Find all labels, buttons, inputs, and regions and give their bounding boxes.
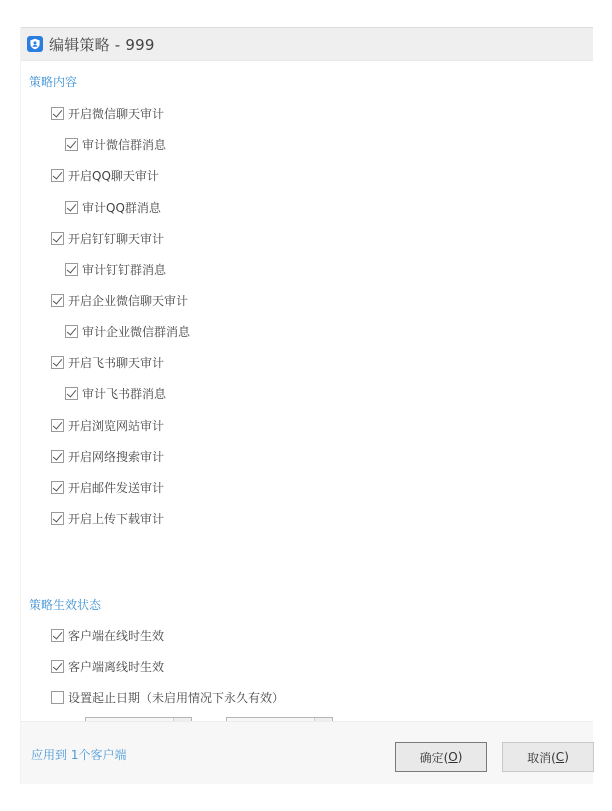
checkbox-dingtalk-audit[interactable]: 开启钉钉聊天审计 (51, 229, 164, 247)
checkbox-feishu-group-audit[interactable]: 审计飞书群消息 (65, 384, 166, 402)
checkbox-upload-download-audit[interactable]: 开启上传下载审计 (51, 509, 164, 527)
checkbox-dingtalk-group-audit[interactable]: 审计钉钉群消息 (65, 260, 166, 278)
checkbox-icon[interactable] (65, 325, 78, 338)
checkbox-label: 开启钉钉聊天审计 (68, 230, 164, 247)
cancel-button[interactable]: 取消(C) (502, 742, 594, 772)
checkbox-label: 设置起止日期（未启用情况下永久有效） (68, 689, 284, 706)
ok-button-accesskey: O (448, 750, 457, 764)
checkbox-web-search-audit[interactable]: 开启网络搜索审计 (51, 447, 164, 465)
ok-button[interactable]: 确定(O) (395, 742, 487, 772)
checkbox-label: 开启网络搜索审计 (68, 448, 164, 465)
checkbox-icon[interactable] (65, 263, 78, 276)
checkbox-icon[interactable] (51, 232, 64, 245)
checkbox-label: 客户端在线时生效 (68, 627, 164, 644)
checkbox-label: 开启飞书聊天审计 (68, 354, 164, 371)
dialog-footer: 应用到 1个客户端 确定(O) 取消(C) (21, 721, 593, 784)
checkbox-icon[interactable] (65, 138, 78, 151)
checkbox-label: 审计企业微信群消息 (82, 323, 190, 340)
checkbox-wecom-audit[interactable]: 开启企业微信聊天审计 (51, 291, 188, 309)
checkbox-icon[interactable] (65, 201, 78, 214)
ok-button-suffix: ) (458, 750, 463, 764)
checkbox-label: 开启QQ聊天审计 (68, 167, 159, 184)
cancel-button-accesskey: C (556, 750, 564, 764)
checkbox-icon[interactable] (51, 660, 64, 673)
dialog-content: 策略内容 开启微信聊天审计 审计微信群消息 开启QQ聊天审计 审计QQ群消息 开… (21, 61, 593, 721)
checkbox-qq-audit[interactable]: 开启QQ聊天审计 (51, 166, 159, 184)
checkbox-icon[interactable] (51, 629, 64, 642)
checkbox-label: 开启邮件发送审计 (68, 479, 164, 496)
checkbox-feishu-audit[interactable]: 开启飞书聊天审计 (51, 353, 164, 371)
cancel-button-label: 取消( (527, 749, 556, 766)
title-bar: 编辑策略 - 999 (21, 27, 593, 61)
checkbox-icon[interactable] (51, 512, 64, 525)
shield-user-icon (27, 36, 43, 52)
ok-button-label: 确定( (420, 749, 449, 766)
checkbox-icon[interactable] (51, 107, 64, 120)
checkbox-label: 开启微信聊天审计 (68, 105, 164, 122)
checkbox-label: 开启浏览网站审计 (68, 417, 164, 434)
apply-to-clients-link[interactable]: 应用到 1个客户端 (31, 746, 126, 763)
checkbox-web-browse-audit[interactable]: 开启浏览网站审计 (51, 416, 164, 434)
checkbox-icon[interactable] (51, 356, 64, 369)
dialog-title: 编辑策略 - 999 (49, 34, 155, 55)
checkbox-wechat-audit[interactable]: 开启微信聊天审计 (51, 104, 164, 122)
checkbox-wecom-group-audit[interactable]: 审计企业微信群消息 (65, 322, 190, 340)
checkbox-icon[interactable] (51, 450, 64, 463)
checkbox-icon[interactable] (51, 169, 64, 182)
edit-policy-dialog: 编辑策略 - 999 策略内容 开启微信聊天审计 审计微信群消息 开启QQ聊天审… (20, 27, 592, 784)
checkbox-icon[interactable] (51, 419, 64, 432)
checkbox-icon[interactable] (51, 691, 64, 704)
checkbox-icon[interactable] (51, 294, 64, 307)
section-title-policy-content: 策略内容 (29, 73, 77, 90)
checkbox-label: 审计钉钉群消息 (82, 261, 166, 278)
checkbox-label: 开启上传下载审计 (68, 510, 164, 527)
checkbox-offline-effective[interactable]: 客户端离线时生效 (51, 657, 164, 675)
checkbox-wechat-group-audit[interactable]: 审计微信群消息 (65, 135, 166, 153)
checkbox-set-date-range[interactable]: 设置起止日期（未启用情况下永久有效） (51, 688, 284, 706)
checkbox-email-audit[interactable]: 开启邮件发送审计 (51, 478, 164, 496)
checkbox-icon[interactable] (51, 481, 64, 494)
checkbox-qq-group-audit[interactable]: 审计QQ群消息 (65, 198, 161, 216)
checkbox-label: 开启企业微信聊天审计 (68, 292, 188, 309)
checkbox-label: 审计QQ群消息 (82, 199, 161, 216)
cancel-button-suffix: ) (564, 750, 569, 764)
checkbox-label: 审计飞书群消息 (82, 385, 166, 402)
checkbox-label: 审计微信群消息 (82, 136, 166, 153)
checkbox-icon[interactable] (65, 387, 78, 400)
section-title-policy-status: 策略生效状态 (29, 596, 101, 613)
checkbox-online-effective[interactable]: 客户端在线时生效 (51, 626, 164, 644)
checkbox-label: 客户端离线时生效 (68, 658, 164, 675)
